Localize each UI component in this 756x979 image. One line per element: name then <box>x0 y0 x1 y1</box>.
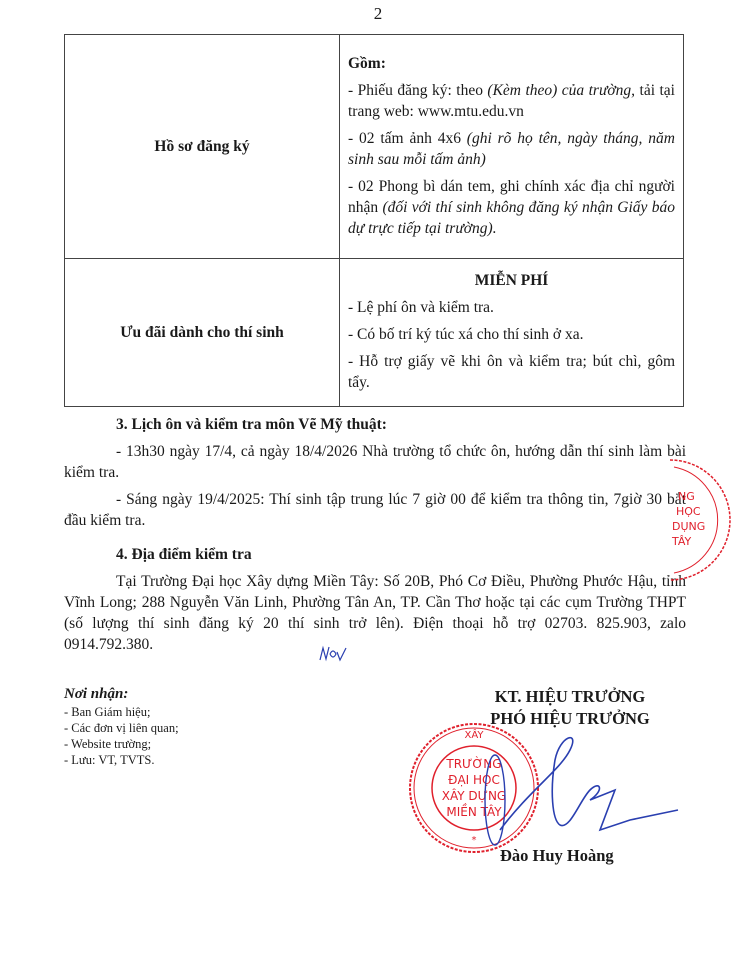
recipient-item: - Ban Giám hiệu; <box>64 704 179 720</box>
row-label: Ưu đãi dành cho thí sinh <box>65 259 340 407</box>
row-content: MIỄN PHÍ - Lệ phí ôn và kiểm tra. - Có b… <box>340 259 684 407</box>
section-heading: 3. Lịch ôn và kiểm tra môn Vẽ Mỹ thuật: <box>64 414 686 435</box>
content-item: - Phiếu đăng ký: theo (Kèm theo) của trư… <box>348 80 675 122</box>
registration-table: Hồ sơ đăng ký Gồm: - Phiếu đăng ký: theo… <box>64 34 684 407</box>
section-location: 4. Địa điểm kiểm tra Tại Trường Đại học … <box>64 544 686 655</box>
svg-text:HỌC: HỌC <box>676 505 701 518</box>
signer-name: Đào Huy Hoàng <box>500 846 614 866</box>
row-label: Hồ sơ đăng ký <box>65 35 340 259</box>
recipients-block: Nơi nhận: - Ban Giám hiệu; - Các đơn vị … <box>64 686 179 768</box>
recipient-item: - Lưu: VT, TVTS. <box>64 752 179 768</box>
paragraph: - 13h30 ngày 17/4, cả ngày 18/4/2026 Nhà… <box>64 441 686 483</box>
content-heading: MIỄN PHÍ <box>348 270 675 291</box>
section-schedule: 3. Lịch ôn và kiểm tra môn Vẽ Mỹ thuật: … <box>64 414 686 531</box>
recipients-title: Nơi nhận: <box>64 686 179 702</box>
svg-text:DỤNG: DỤNG <box>672 520 705 533</box>
signature-scribble-icon <box>440 730 680 860</box>
content-item: - 02 Phong bì dán tem, ghi chính xác địa… <box>348 176 675 239</box>
handwritten-initial-icon <box>318 642 348 664</box>
table-row: Ưu đãi dành cho thí sinh MIỄN PHÍ - Lệ p… <box>65 259 684 407</box>
content-item: - 02 tấm ảnh 4x6 (ghi rõ họ tên, ngày th… <box>348 128 675 170</box>
paragraph: Tại Trường Đại học Xây dựng Miền Tây: Số… <box>64 571 686 655</box>
section-heading: 4. Địa điểm kiểm tra <box>64 544 686 565</box>
table-row: Hồ sơ đăng ký Gồm: - Phiếu đăng ký: theo… <box>65 35 684 259</box>
content-item: - Hỗ trợ giấy vẽ khi ôn và kiểm tra; bút… <box>348 351 675 393</box>
svg-text:TÂY: TÂY <box>671 535 692 548</box>
content-item: - Có bố trí ký túc xá cho thí sinh ở xa. <box>348 324 675 345</box>
content-item: - Lệ phí ôn và kiểm tra. <box>348 297 675 318</box>
paragraph: - Sáng ngày 19/4/2025: Thí sinh tập trun… <box>64 489 686 531</box>
content-heading: Gồm: <box>348 53 675 74</box>
recipient-item: - Các đơn vị liên quan; <box>64 720 179 736</box>
partial-stamp-icon: NG HỌC DỤNG TÂY <box>660 455 756 585</box>
signature-line1: KT. HIỆU TRƯỞNG <box>420 686 720 708</box>
page-number: 2 <box>0 4 756 24</box>
row-content: Gồm: - Phiếu đăng ký: theo (Kèm theo) củ… <box>340 35 684 259</box>
recipient-item: - Website trường; <box>64 736 179 752</box>
svg-text:NG: NG <box>678 490 695 503</box>
